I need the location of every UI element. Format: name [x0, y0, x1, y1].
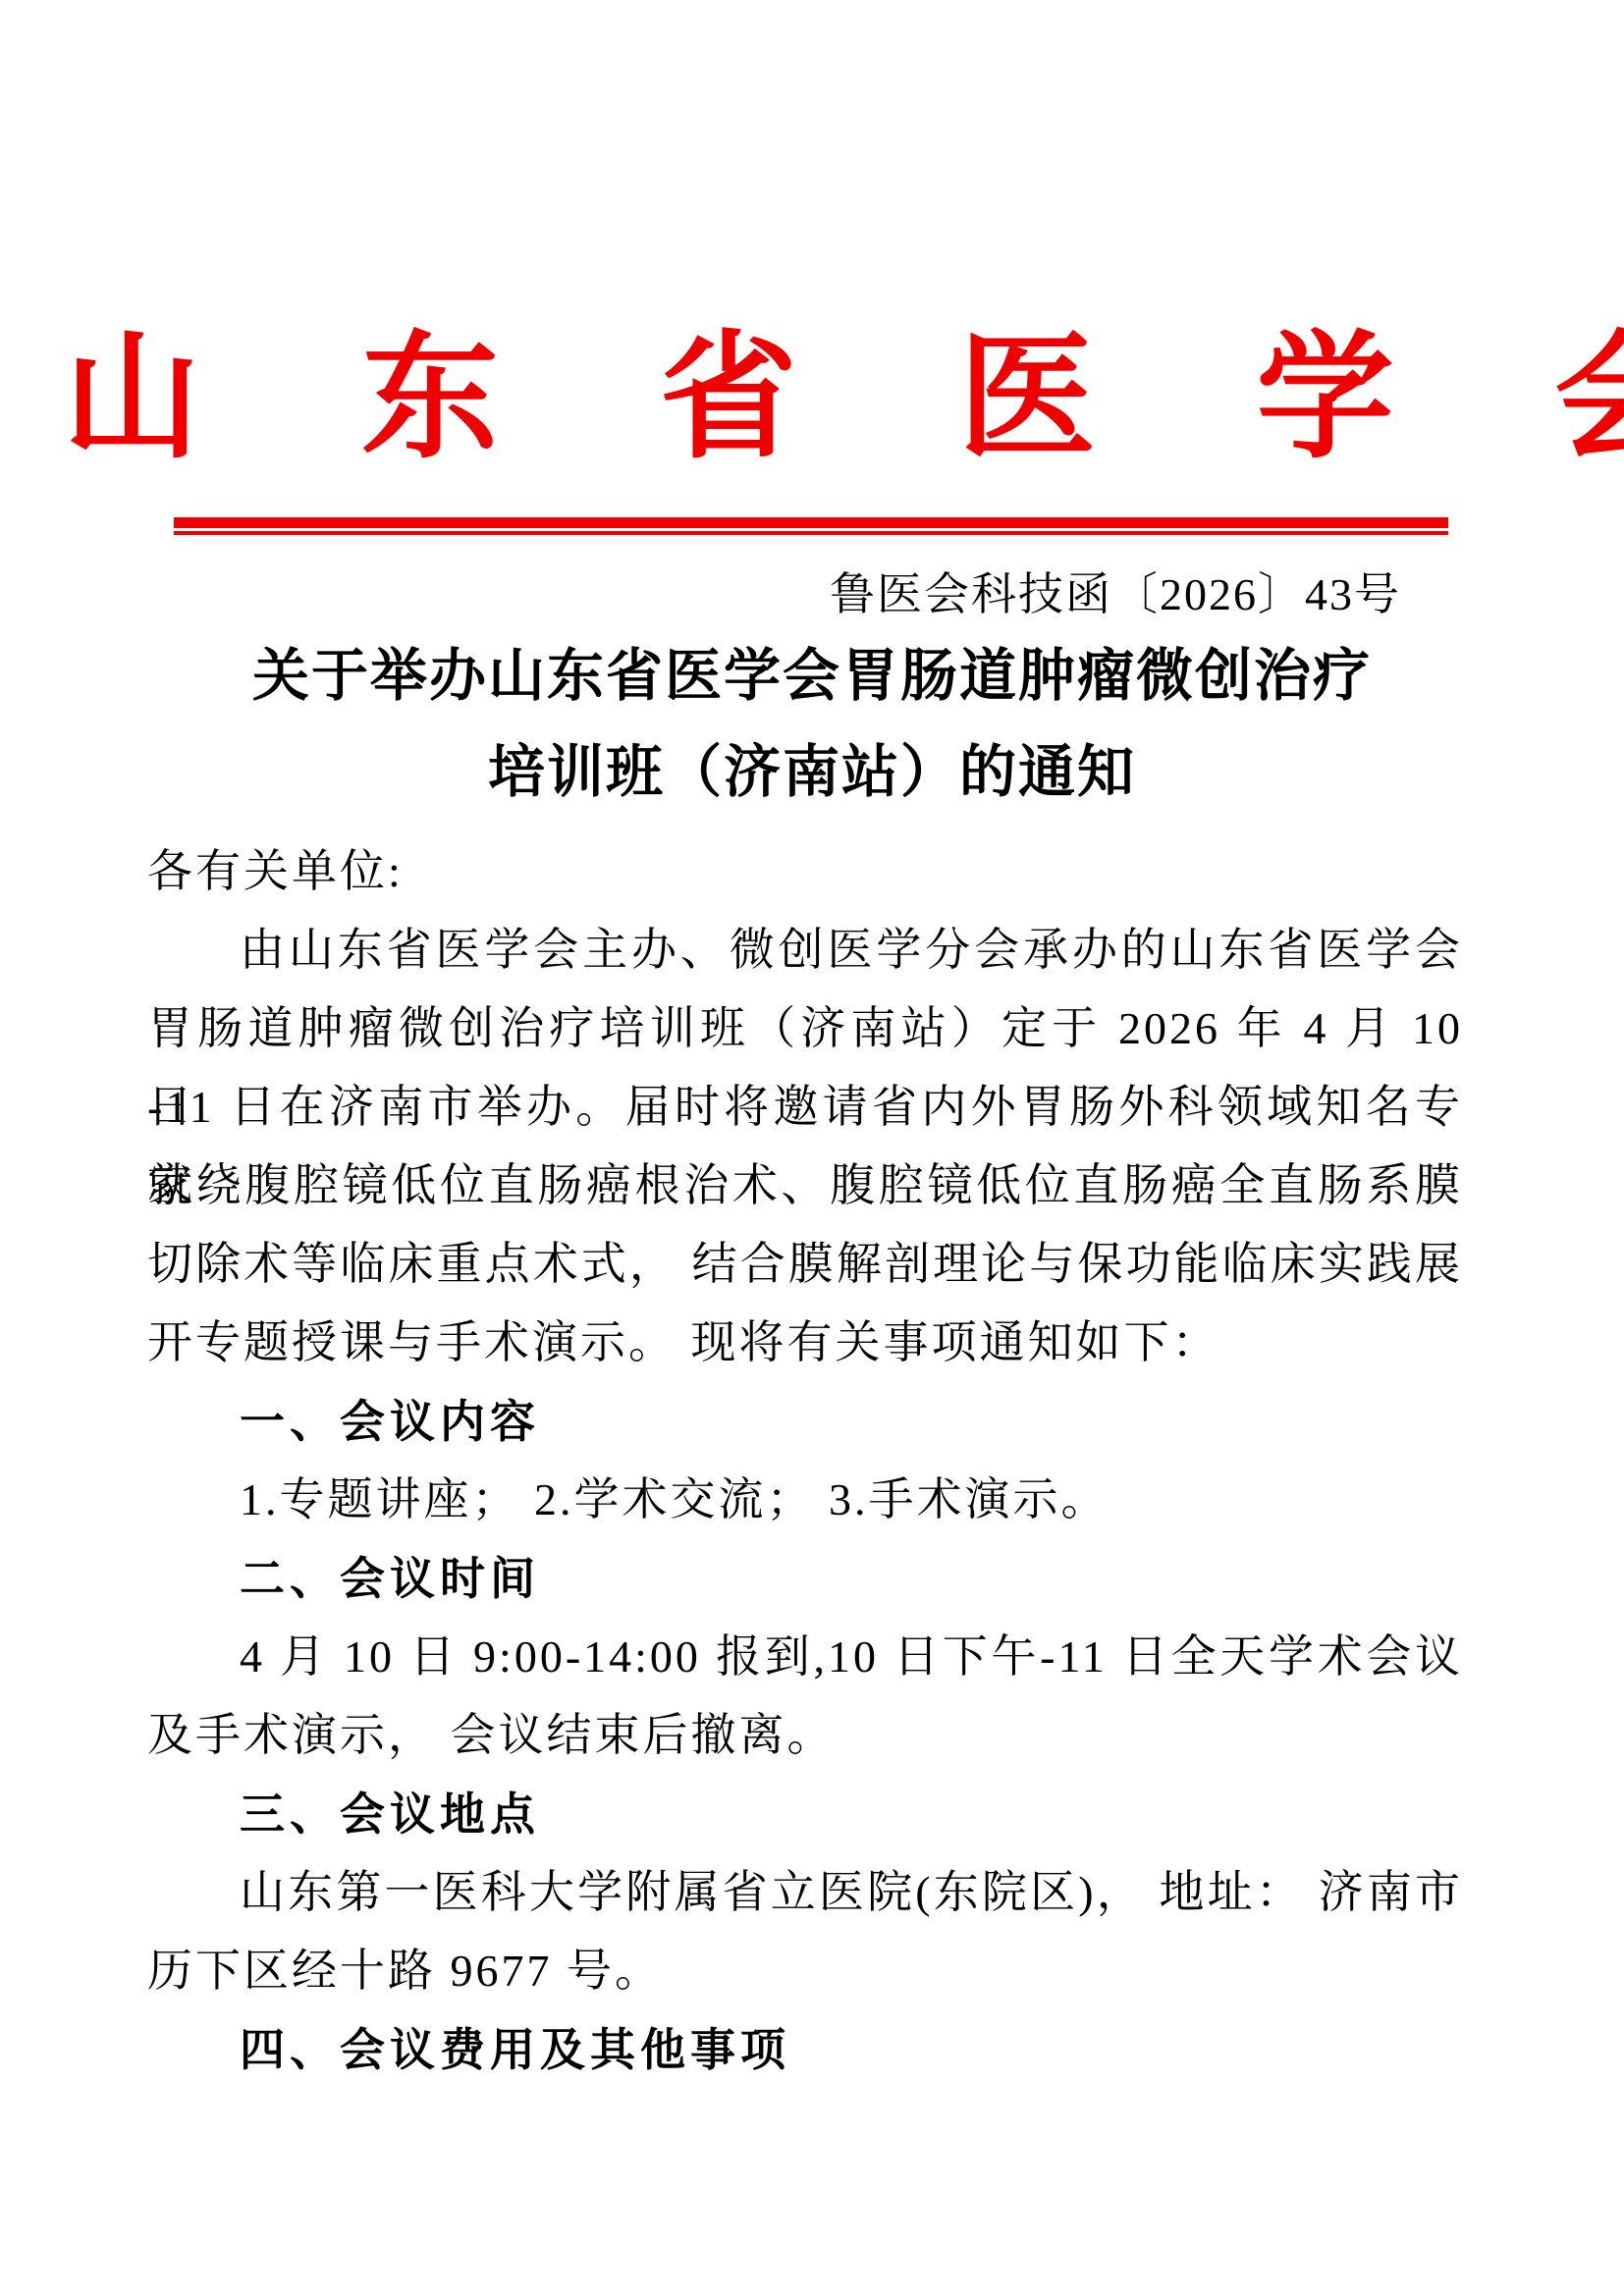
body-line: 就绕腹腔镜低位直肠癌根治术、腹腔镜低位直肠癌全直肠系膜 — [147, 1147, 1463, 1225]
body-line: 由山东省医学会主办、微创医学分会承办的山东省医学会 — [147, 911, 1463, 989]
body-line: 山东第一医科大学附属省立医院(东院区)， 地址： 济南市 — [147, 1853, 1463, 1932]
body-line: 各有关单位: — [147, 832, 1463, 911]
document-page: 山 东 省 医 学 会 鲁医会科技函〔2026〕43号 关于举办山东省医学会胃肠… — [0, 0, 1624, 2296]
document-title-line1: 关于举办山东省医学会胃肠道肿瘤微创治疗 — [0, 628, 1624, 724]
body-line: 历下区经十路 9677 号。 — [147, 1932, 1463, 2010]
section-heading: 四、会议费用及其他事项 — [147, 2010, 1463, 2089]
body-line: 开专题授课与手术演示。 现将有关事项通知如下： — [147, 1304, 1463, 1382]
document-number: 鲁医会科技函〔2026〕43号 — [0, 564, 1624, 625]
section-heading: 一、会议内容 — [147, 1382, 1463, 1461]
body-line: 4 月 10 日 9:00-14:00 报到,10 日下午-11 日全天学术会议 — [147, 1618, 1463, 1696]
letterhead-org-name: 山 东 省 医 学 会 — [0, 316, 1624, 483]
body-line: 切除术等临床重点术式， 结合膜解剖理论与保功能临床实践展 — [147, 1225, 1463, 1304]
section-heading: 三、会议地点 — [147, 1775, 1463, 1853]
document-title: 关于举办山东省医学会胃肠道肿瘤微创治疗 培训班（济南站）的通知 — [0, 628, 1624, 821]
document-body: 各有关单位:由山东省医学会主办、微创医学分会承办的山东省医学会胃肠道肿瘤微创治疗… — [147, 832, 1463, 2089]
divider-thin-line — [174, 531, 1448, 535]
section-heading: 二、会议时间 — [147, 1539, 1463, 1618]
body-line: 1.专题讲座； 2.学术交流； 3.手术演示。 — [147, 1461, 1463, 1539]
divider-thick-line — [174, 517, 1448, 528]
document-title-line2: 培训班（济南站）的通知 — [0, 724, 1624, 821]
letterhead-divider — [174, 517, 1448, 535]
body-line: 胃肠道肿瘤微创治疗培训班（济南站）定于 2026 年 4 月 10 日 — [147, 989, 1463, 1068]
body-line: 及手术演示， 会议结束后撤离。 — [147, 1696, 1463, 1775]
body-line: -11 日在济南市举办。届时将邀请省内外胃肠外科领域知名专家 — [147, 1068, 1463, 1147]
